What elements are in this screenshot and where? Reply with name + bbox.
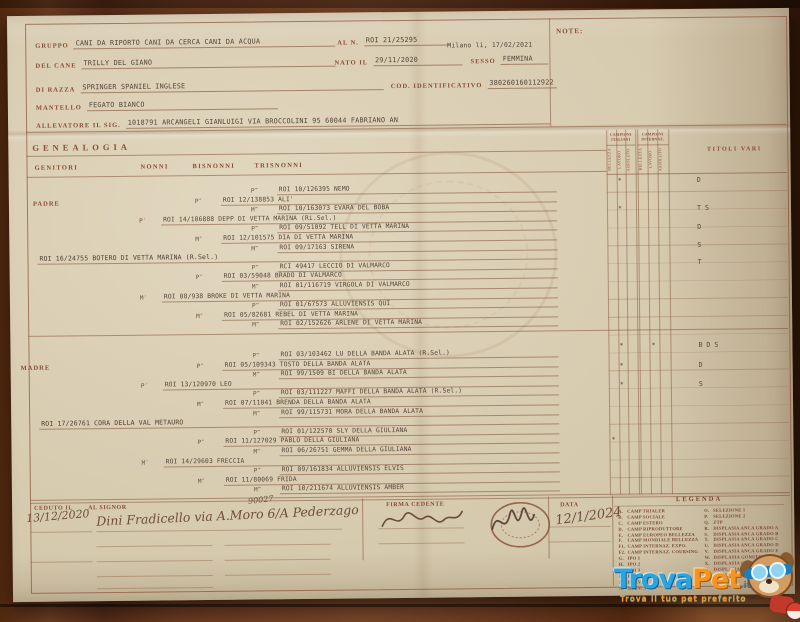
header-titoli-vari: TITOLI VARI xyxy=(684,146,784,153)
field-label: NATO IL xyxy=(334,59,368,66)
field-label: DI RAZZA xyxy=(36,86,76,93)
generation-marker: P″ xyxy=(195,197,221,205)
field-cod-identificativo: COD. IDENTIFICATIVO 380260160112922 xyxy=(391,78,557,90)
subcolumn-label: BELLEZZA xyxy=(638,145,648,173)
generation-marker: M′ xyxy=(142,459,164,467)
goggles-lens-icon xyxy=(751,564,768,581)
note-label: NOTE: xyxy=(556,27,583,35)
trovapet-logo: TrovaPet.it xyxy=(614,564,751,595)
title-mark: D xyxy=(697,223,701,231)
title-mark: B D S xyxy=(698,341,718,349)
champion-mark: * xyxy=(618,177,622,185)
subcolumn-label: BELLEZZA xyxy=(606,146,616,174)
field-label: GRUPPO xyxy=(35,42,69,49)
generation-marker: M″ xyxy=(195,236,221,244)
title-mark: T S xyxy=(697,204,709,212)
generation-marker: P″ xyxy=(197,439,223,447)
subcolumn-label: ASSOLUTO xyxy=(657,145,667,173)
header-campioni-internaz: CAMPIONI INTERNAZ. xyxy=(637,129,668,145)
champion-mark: * xyxy=(619,342,623,350)
subcolumn-label: LAVORO xyxy=(647,145,657,173)
brand-trova: Trova xyxy=(614,564,692,595)
generation-marker: M′ xyxy=(140,294,162,302)
title-mark: S xyxy=(699,380,703,388)
title-mark: D xyxy=(697,176,701,184)
ball-icon xyxy=(786,602,800,620)
field-al-n: AL N. ROI 21/25295 xyxy=(337,35,449,46)
generation-marker: M‴ xyxy=(252,322,278,330)
column-bisnonni: BISNONNI xyxy=(193,163,236,170)
champion-mark: * xyxy=(611,436,615,444)
title-mark: S xyxy=(697,241,701,249)
champion-mark: * xyxy=(618,205,622,213)
trovapet-tagline: Trova il tuo pet preferito xyxy=(620,594,746,603)
champion-subcolumns: BELLEZZA LAVORO ASSOLUTO BELLEZZA LAVORO… xyxy=(606,145,668,174)
title-mark: T xyxy=(698,258,702,266)
generation-marker: P″ xyxy=(196,274,222,282)
grid-row-lines xyxy=(607,172,790,496)
generation-marker: M″ xyxy=(196,313,222,321)
champion-mark: * xyxy=(620,362,624,370)
photo-wooden-table: GRUPPO CANI DA RIPORTO CANI DA CERCA CAN… xyxy=(0,0,800,622)
field-nato-il: NATO IL 29/11/2020 xyxy=(334,55,462,66)
goggles-lens-icon xyxy=(769,562,786,579)
field-value: 380260160112922 xyxy=(487,78,556,89)
data-label: DATA xyxy=(560,502,579,508)
field-value: FEGATO BIANCO xyxy=(87,99,278,111)
champion-mark: * xyxy=(620,381,624,389)
generation-marker: P′ xyxy=(139,217,161,225)
trovapet-watermark: TrovaPet.it Trova il tuo pet preferito xyxy=(608,556,800,622)
column-nonni: NONNI xyxy=(141,163,169,170)
dog-mascot-icon xyxy=(740,544,800,622)
place-date: Milano li, 17/02/2021 xyxy=(447,41,532,50)
column-genitori: GENITORI xyxy=(35,164,79,171)
title-mark: D xyxy=(699,361,703,369)
seller-signature xyxy=(378,503,466,534)
field-value: ROI 21/25295 xyxy=(364,35,449,46)
pedigree-certificate: GRUPPO CANI DA RIPORTO CANI DA CERCA CAN… xyxy=(7,8,795,602)
header-campioni-italiani: CAMPIONI ITALIANI xyxy=(606,130,635,146)
generation-marker: M″ xyxy=(197,401,223,409)
dog-nose-icon xyxy=(766,579,772,584)
field-label: SESSO xyxy=(470,58,495,65)
champion-mark: * xyxy=(651,341,655,349)
genealogia-title: GENEALOGIA xyxy=(32,142,131,153)
subcolumn-label: ASSOLUTO xyxy=(626,146,636,174)
field-label: MANTELLO xyxy=(36,104,82,111)
round-stamp xyxy=(484,498,555,551)
generation-marker: P′ xyxy=(141,382,163,390)
field-sesso: SESSO FEMMINA xyxy=(470,54,548,65)
generation-marker: P″ xyxy=(197,362,223,370)
field-label: ALLEVATORE IL SIG. xyxy=(36,122,121,130)
madre-label: MADRE xyxy=(21,365,51,372)
field-value: 29/11/2020 xyxy=(373,55,462,66)
generation-marker: M″ xyxy=(198,478,224,486)
field-value: FEMMINA xyxy=(501,54,549,64)
al-signor-label: AL SIGNOR xyxy=(88,505,127,511)
field-label: COD. IDENTIFICATIVO xyxy=(391,82,483,90)
column-trisnonni: TRISNONNI xyxy=(255,162,304,170)
field-label: DEL CANE xyxy=(35,62,76,69)
padre-label: PADRE xyxy=(33,201,60,208)
field-label: AL N. xyxy=(337,39,359,46)
brand-pet: Pet xyxy=(692,564,740,595)
